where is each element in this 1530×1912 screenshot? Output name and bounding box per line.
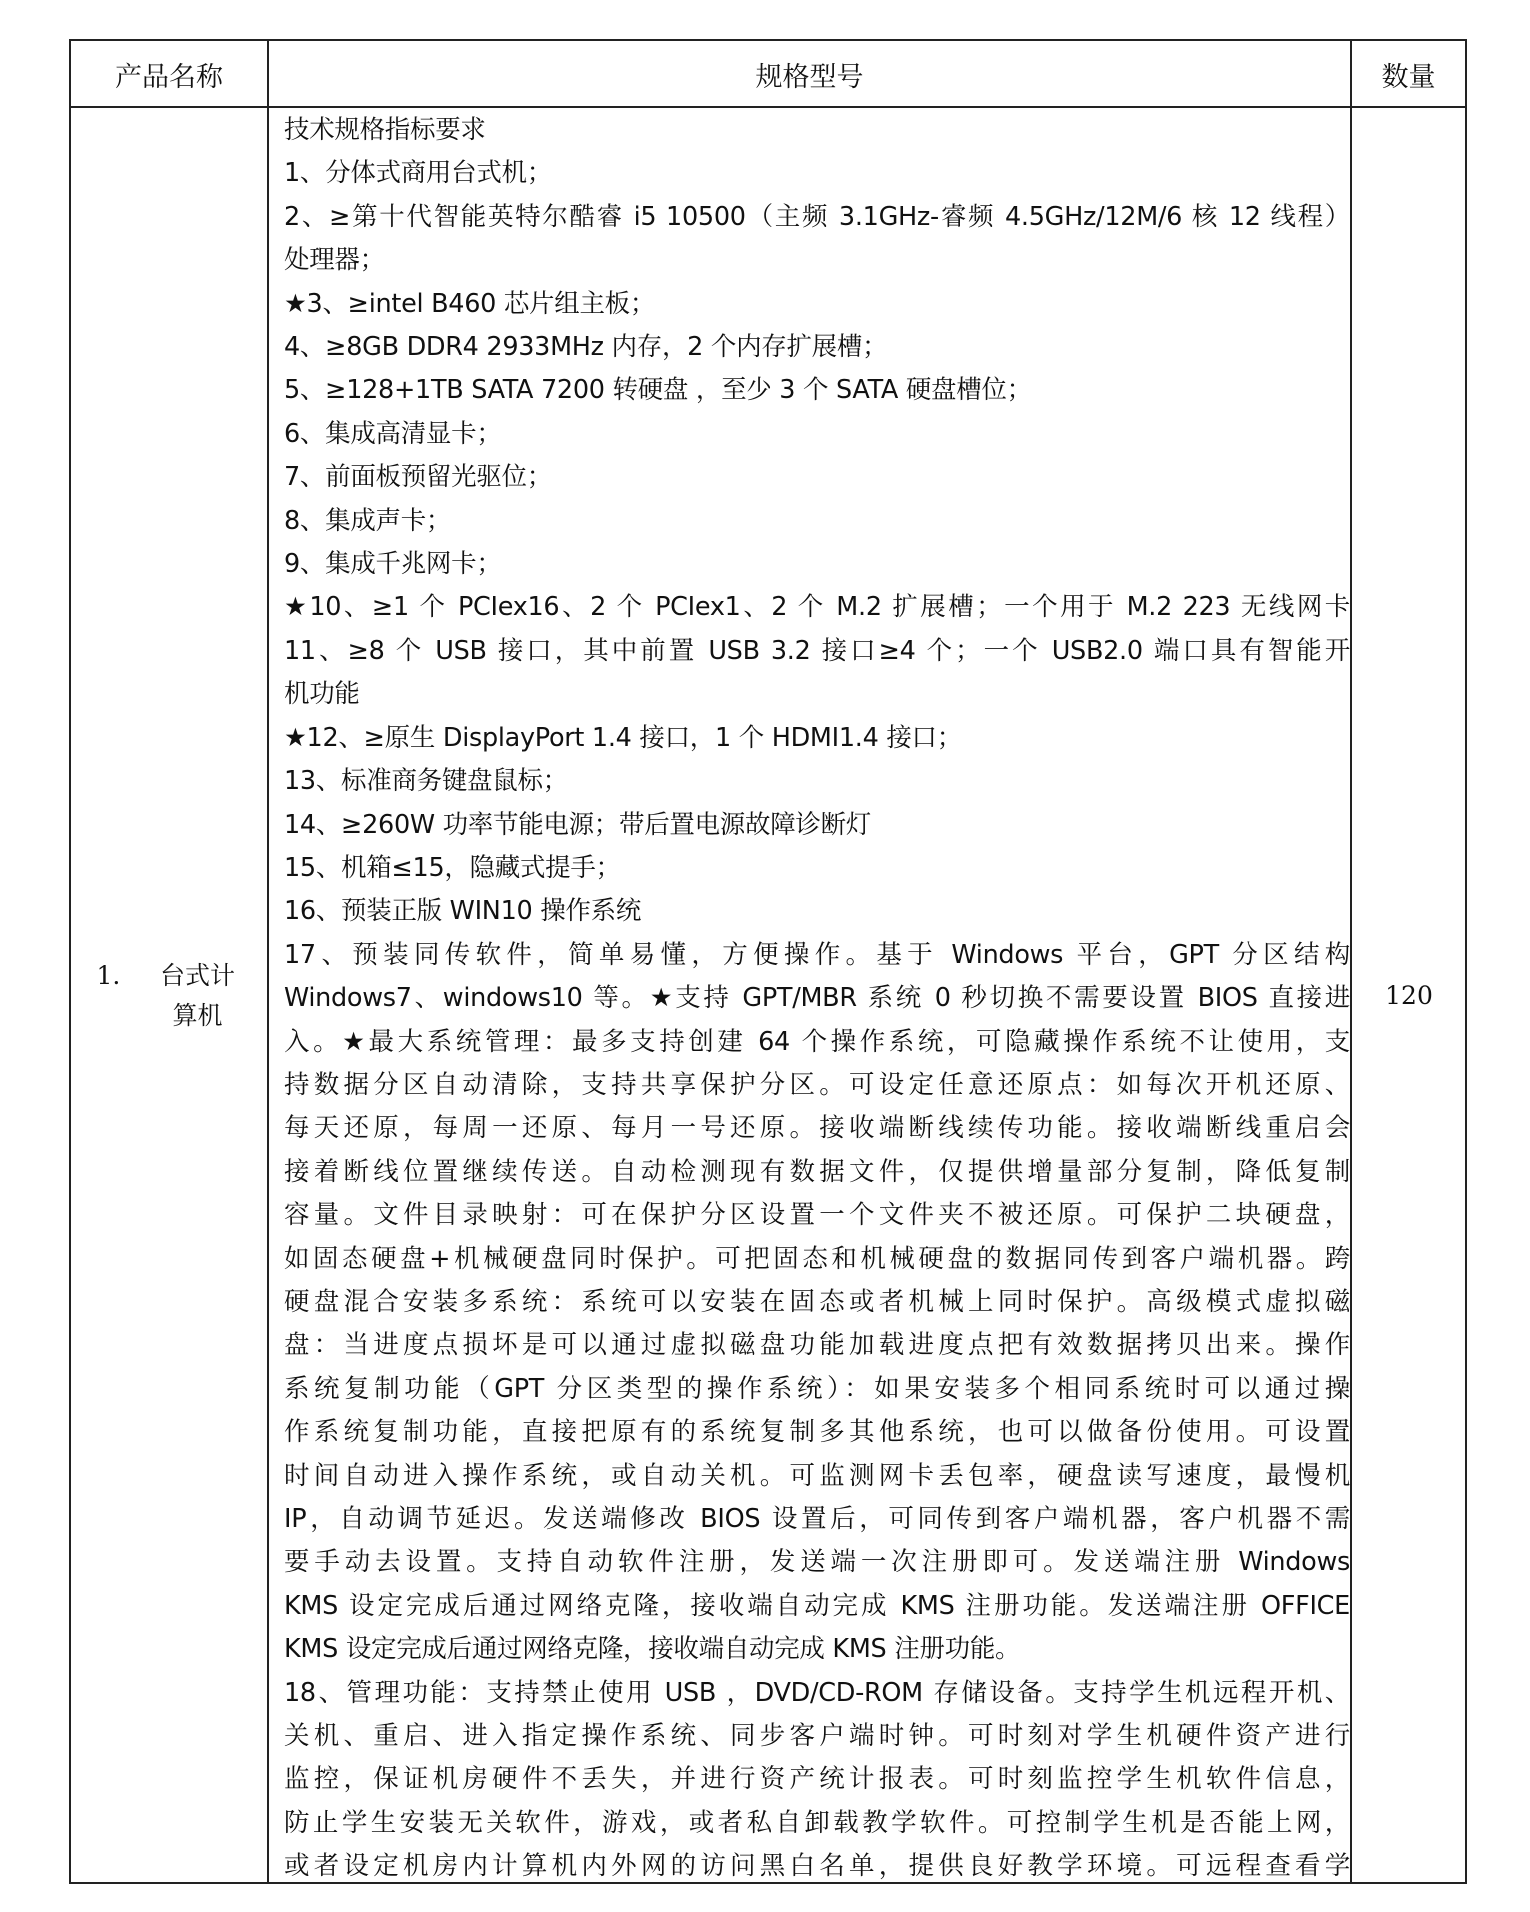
spec-line: 监控，保证机房硬件不丢失，并进行资产统计报表。可时刻监控学生机软件信息， — [284, 1758, 1350, 1801]
spec-line: 硬盘混合安装多系统：系统可以安装在固态或者机械上同时保护。高级模式虚拟磁 — [284, 1281, 1350, 1324]
spec-line: 18、管理功能：支持禁止使用 USB ，DVD/CD-ROM 存储设备。支持学生… — [284, 1672, 1350, 1715]
item-name-line: 算机 — [153, 996, 243, 1036]
spec-line: 技术规格指标要求 — [284, 109, 1350, 152]
spec-line: KMS 设定完成后通过网络克隆，接收端自动完成 KMS 注册功能。发送端注册 O… — [284, 1585, 1350, 1628]
spec-line: IP，自动调节延迟。发送端修改 BIOS 设置后，可同传到客户端机器，客户机器不… — [284, 1498, 1350, 1541]
spec-line: 14、≥260W 功率节能电源；带后置电源故障诊断灯 — [284, 804, 1350, 847]
spec-line: 8、集成声卡； — [284, 500, 1350, 543]
spec-line: 17、预装同传软件，简单易懂，方便操作。基于 Windows 平台，GPT 分区… — [284, 934, 1350, 977]
spec-line: 11、≥8 个 USB 接口，其中前置 USB 3.2 接口≥4 个；一个 US… — [284, 630, 1350, 673]
column-divider — [1350, 41, 1352, 1882]
spec-table: 产品名称 规格型号 数量 1. 台式计 算机 技术规格指标要求1、分体式商用台式… — [69, 39, 1467, 1884]
spec-line: 接着断线位置继续传送。自动检测现有数据文件，仅提供增量部分复制，降低复制 — [284, 1151, 1350, 1194]
header-quantity: 数量 — [1352, 41, 1465, 107]
spec-line: 入。★最大系统管理：最多支持创建 64 个操作系统，可隐藏操作系统不让使用，支 — [284, 1021, 1350, 1064]
item-number: 1. — [97, 956, 153, 996]
spec-line: 4、≥8GB DDR4 2933MHz 内存，2 个内存扩展槽； — [284, 326, 1350, 369]
spec-line: 防止学生安装无关软件，游戏，或者私自卸载教学软件。可控制学生机是否能上网， — [284, 1802, 1350, 1845]
spec-line: 盘：当进度点损坏是可以通过虚拟磁盘功能加载进度点把有效数据拷贝出来。操作 — [284, 1324, 1350, 1367]
spec-line: 5、≥128+1TB SATA 7200 转硬盘 ，至少 3 个 SATA 硬盘… — [284, 369, 1350, 412]
spec-line: 作系统复制功能，直接把原有的系统复制多其他系统，也可以做备份使用。可设置 — [284, 1411, 1350, 1454]
item-name: 台式计 算机 — [153, 956, 243, 1036]
spec-line: 关机、重启、进入指定操作系统、同步客户端时钟。可时刻对学生机硬件资产进行 — [284, 1715, 1350, 1758]
spec-line: 13、标准商务键盘鼠标； — [284, 760, 1350, 803]
spec-line: 或者设定机房内计算机内外网的访问黑白名单，提供良好教学环境。可远程查看学 — [284, 1845, 1350, 1882]
spec-line: 要手动去设置。支持自动软件注册，发送端一次注册即可。发送端注册 Windows — [284, 1541, 1350, 1584]
spec-line: 7、前面板预留光驱位； — [284, 456, 1350, 499]
spec-line: 2、≥第十代智能英特尔酷睿 i5 10500（主频 3.1GHz-睿频 4.5G… — [284, 196, 1350, 239]
spec-line: 时间自动进入操作系统，或自动关机。可监测网卡丢包率，硬盘读写速度，最慢机 — [284, 1455, 1350, 1498]
spec-line: ★3、≥intel B460 芯片组主板； — [284, 283, 1350, 326]
spec-cell: 技术规格指标要求1、分体式商用台式机；2、≥第十代智能英特尔酷睿 i5 1050… — [284, 109, 1350, 1882]
spec-line: 持数据分区自动清除，支持共享保护分区。可设定任意还原点：如每次开机还原、 — [284, 1064, 1350, 1107]
spec-line: 机功能 — [284, 673, 1350, 716]
spec-line: 容量。文件目录映射：可在保护分区设置一个文件夹不被还原。可保护二块硬盘， — [284, 1194, 1350, 1237]
spec-line: 16、预装正版 WIN10 操作系统 — [284, 890, 1350, 933]
spec-line: 系统复制功能（GPT 分区类型的操作系统）：如果安装多个相同系统时可以通过操 — [284, 1368, 1350, 1411]
spec-line: ★10、≥1 个 PCIex16、2 个 PCIex1、2 个 M.2 扩展槽；… — [284, 586, 1350, 629]
spec-line: ★12、≥原生 DisplayPort 1.4 接口，1 个 HDMI1.4 接… — [284, 717, 1350, 760]
spec-line: 处理器； — [284, 239, 1350, 282]
spec-line: 1、分体式商用台式机； — [284, 152, 1350, 195]
spec-line: Windows7、windows10 等。★支持 GPT/MBR 系统 0 秒切… — [284, 977, 1350, 1020]
header-product-name: 产品名称 — [71, 41, 267, 107]
header-spec: 规格型号 — [269, 41, 1350, 107]
quantity-cell: 120 — [1353, 109, 1465, 1882]
spec-line: 6、集成高清显卡； — [284, 413, 1350, 456]
spec-line: 9、集成千兆网卡； — [284, 543, 1350, 586]
spec-line: KMS 设定完成后通过网络克隆，接收端自动完成 KMS 注册功能。 — [284, 1628, 1350, 1671]
item-name-line: 台式计 — [153, 956, 243, 996]
spec-line: 15、机箱≤15，隐藏式提手； — [284, 847, 1350, 890]
spec-line: 每天还原，每周一还原、每月一号还原。接收端断线续传功能。接收端断线重启会 — [284, 1107, 1350, 1150]
spec-line: 如固态硬盘+机械硬盘同时保护。可把固态和机械硬盘的数据同传到客户端机器。跨 — [284, 1238, 1350, 1281]
product-name-cell: 1. 台式计 算机 — [71, 109, 268, 1882]
